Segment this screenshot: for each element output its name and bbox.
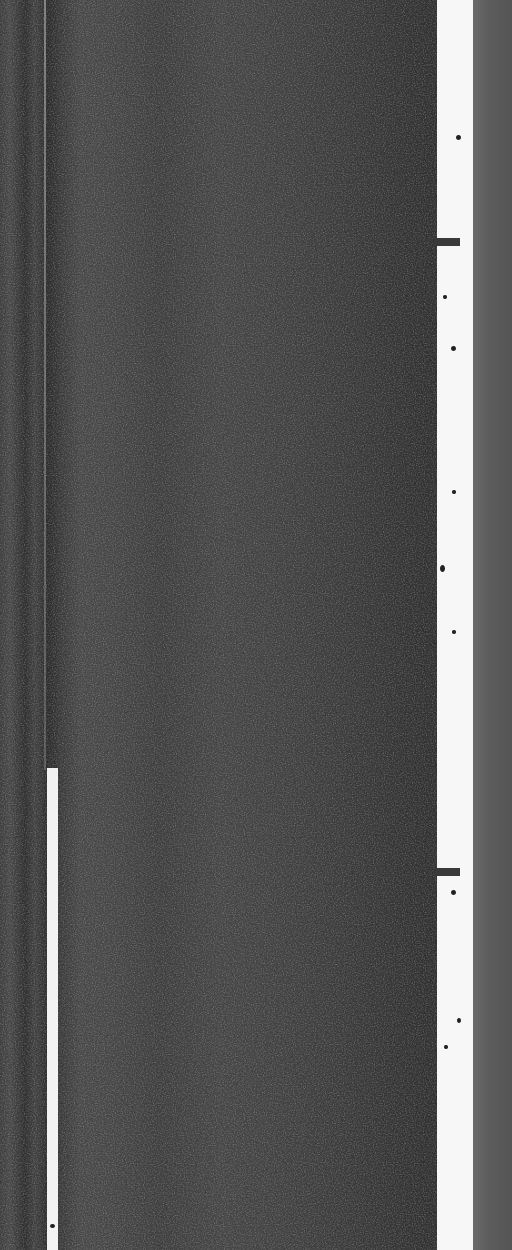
pavement-pit xyxy=(456,135,461,140)
road-surface-photo: Top-down grayscale photograph of asphalt… xyxy=(0,0,512,1250)
image-description: Top-down grayscale photograph of asphalt… xyxy=(0,0,1,1)
pavement-pit xyxy=(457,1018,461,1023)
pavement-pit xyxy=(452,630,456,634)
asphalt-texture xyxy=(0,0,512,1250)
pavement-pit xyxy=(451,890,456,895)
pavement-pit xyxy=(440,565,445,572)
pavement-pit xyxy=(452,490,456,494)
pavement-pit xyxy=(443,295,447,299)
right-edge-line xyxy=(437,0,473,1250)
shoulder-crack xyxy=(44,0,46,770)
right-shoulder xyxy=(473,0,512,1250)
transverse-seam xyxy=(434,868,460,876)
left-lane-line xyxy=(47,768,58,1250)
transverse-seam xyxy=(434,238,460,246)
pavement-pit xyxy=(444,1045,448,1049)
pavement-pit xyxy=(50,1224,55,1228)
pavement-pit xyxy=(451,346,456,351)
